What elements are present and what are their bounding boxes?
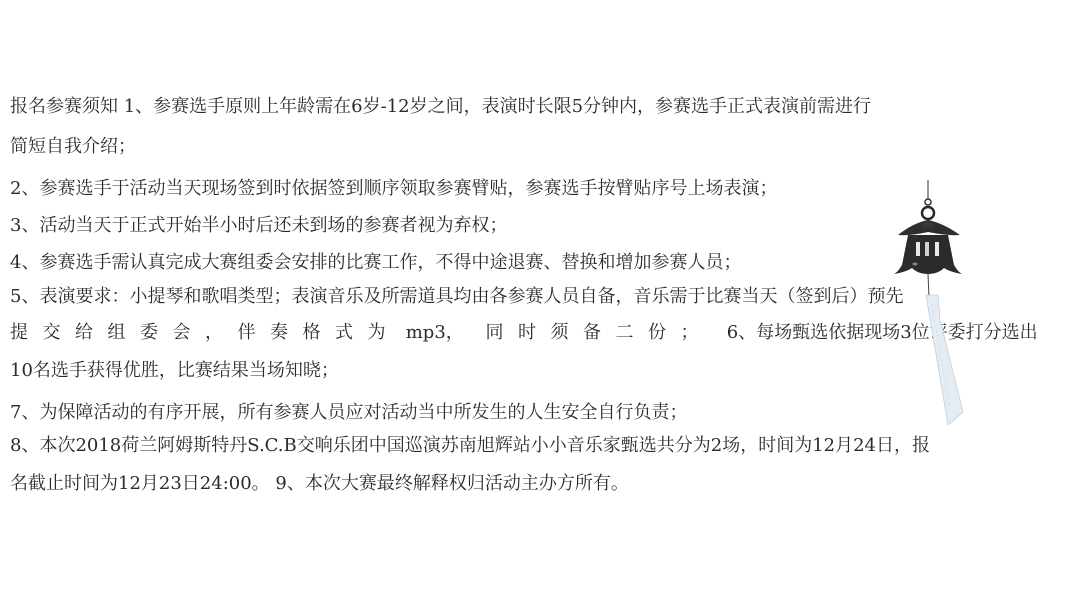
justified-part-2: 同时须备二份； xyxy=(486,322,714,343)
text-line-3: 2、参赛选手于活动当天现场签到时依据签到顺序领取参赛臂贴，参赛选手按臂贴序号上场… xyxy=(10,177,777,201)
text-line-10: 8、本次2018荷兰阿姆斯特丹S.C.B交响乐团中国巡演苏南旭辉站小小音乐家甄选… xyxy=(10,434,930,458)
justified-part-1: 提交给组委会，伴奏格式为 xyxy=(10,322,400,343)
slide: 报名参赛须知 1、参赛选手原则上年龄需在6岁-12岁之间，表演时长限5分钟内，参… xyxy=(0,0,1080,608)
text-line-5: 4、参赛选手需认真完成大赛组委会安排的比赛工作，不得中途退赛、替换和增加参赛人员… xyxy=(10,251,741,275)
text-line-1: 报名参赛须知 1、参赛选手原则上年龄需在6岁-12岁之间，表演时长限5分钟内，参… xyxy=(10,95,871,119)
text-line-11: 名截止时间为12月23日24:00。 9、本次大赛最终解释权归活动主办方所有。 xyxy=(10,472,629,496)
text-line-8: 10名选手获得优胜，比赛结果当场知晓； xyxy=(10,359,339,383)
text-line-6: 5、表演要求：小提琴和歌唱类型；表演音乐及所需道具均由各参赛人员自备，音乐需于比… xyxy=(10,285,903,309)
justified-mp3: mp3， xyxy=(406,322,464,343)
text-line-7-justified: 提交给组委会，伴奏格式为 mp3， 同时须备二份； 6、每场甄选依据现场3位评委… xyxy=(10,321,1038,345)
text-line-2: 简短自我介绍； xyxy=(10,135,136,159)
text-line-4: 3、活动当天于正式开始半小时后还未到场的参赛者视为弃权； xyxy=(10,214,507,238)
justified-rest: 6、每场甄选依据现场3位评委打分选出 xyxy=(727,322,1038,343)
text-line-9: 7、为保障活动的有序开展，所有参赛人员应对活动当中所发生的人生安全自行负责； xyxy=(10,401,687,425)
wind-chime-icon xyxy=(888,180,978,440)
